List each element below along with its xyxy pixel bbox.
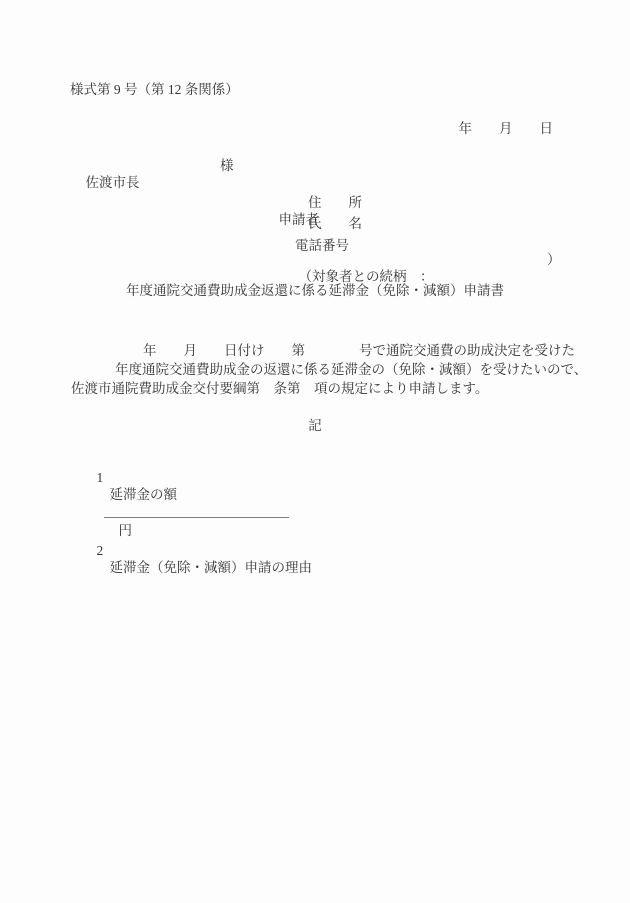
body-line: 年 月 日付け 第 号で通院交通費の助成決定を受けた xyxy=(143,342,575,359)
address-label: 住 所 xyxy=(308,194,362,211)
amount-blank-line xyxy=(104,502,289,518)
list-item-reason: 2 延滞金（免除・減額）申請の理由 xyxy=(83,525,312,593)
item-number: 1 xyxy=(97,469,104,486)
form-number: 様式第 9 号（第 12 条関係） xyxy=(70,81,239,98)
item-number: 2 xyxy=(97,542,104,559)
recipient-honorific: 様 xyxy=(220,157,234,174)
document-page: 様式第 9 号（第 12 条関係） 年 月 日 佐渡市長 様 申請者 住 所 氏… xyxy=(0,0,630,903)
form-title: 年度通院交通費助成金返還に係る延滞金（免除・減額）申請書 xyxy=(0,282,630,299)
relation-close-paren: ） xyxy=(547,251,561,268)
name-label: 氏 名 xyxy=(308,215,362,232)
item-label: 延滞金（免除・減額）申請の理由 xyxy=(110,559,313,576)
record-marker: 記 xyxy=(0,417,630,434)
recipient-title: 佐渡市長 xyxy=(86,175,140,190)
date-line: 年 月 日 xyxy=(459,120,554,137)
body-line: 年度通院交通費助成金の返還に係る延滞金の（免除・減額）を受けたいので、 xyxy=(115,361,587,378)
body-line: 佐渡市通院費助成金交付要綱第 条第 項の規定により申請します。 xyxy=(71,380,488,397)
